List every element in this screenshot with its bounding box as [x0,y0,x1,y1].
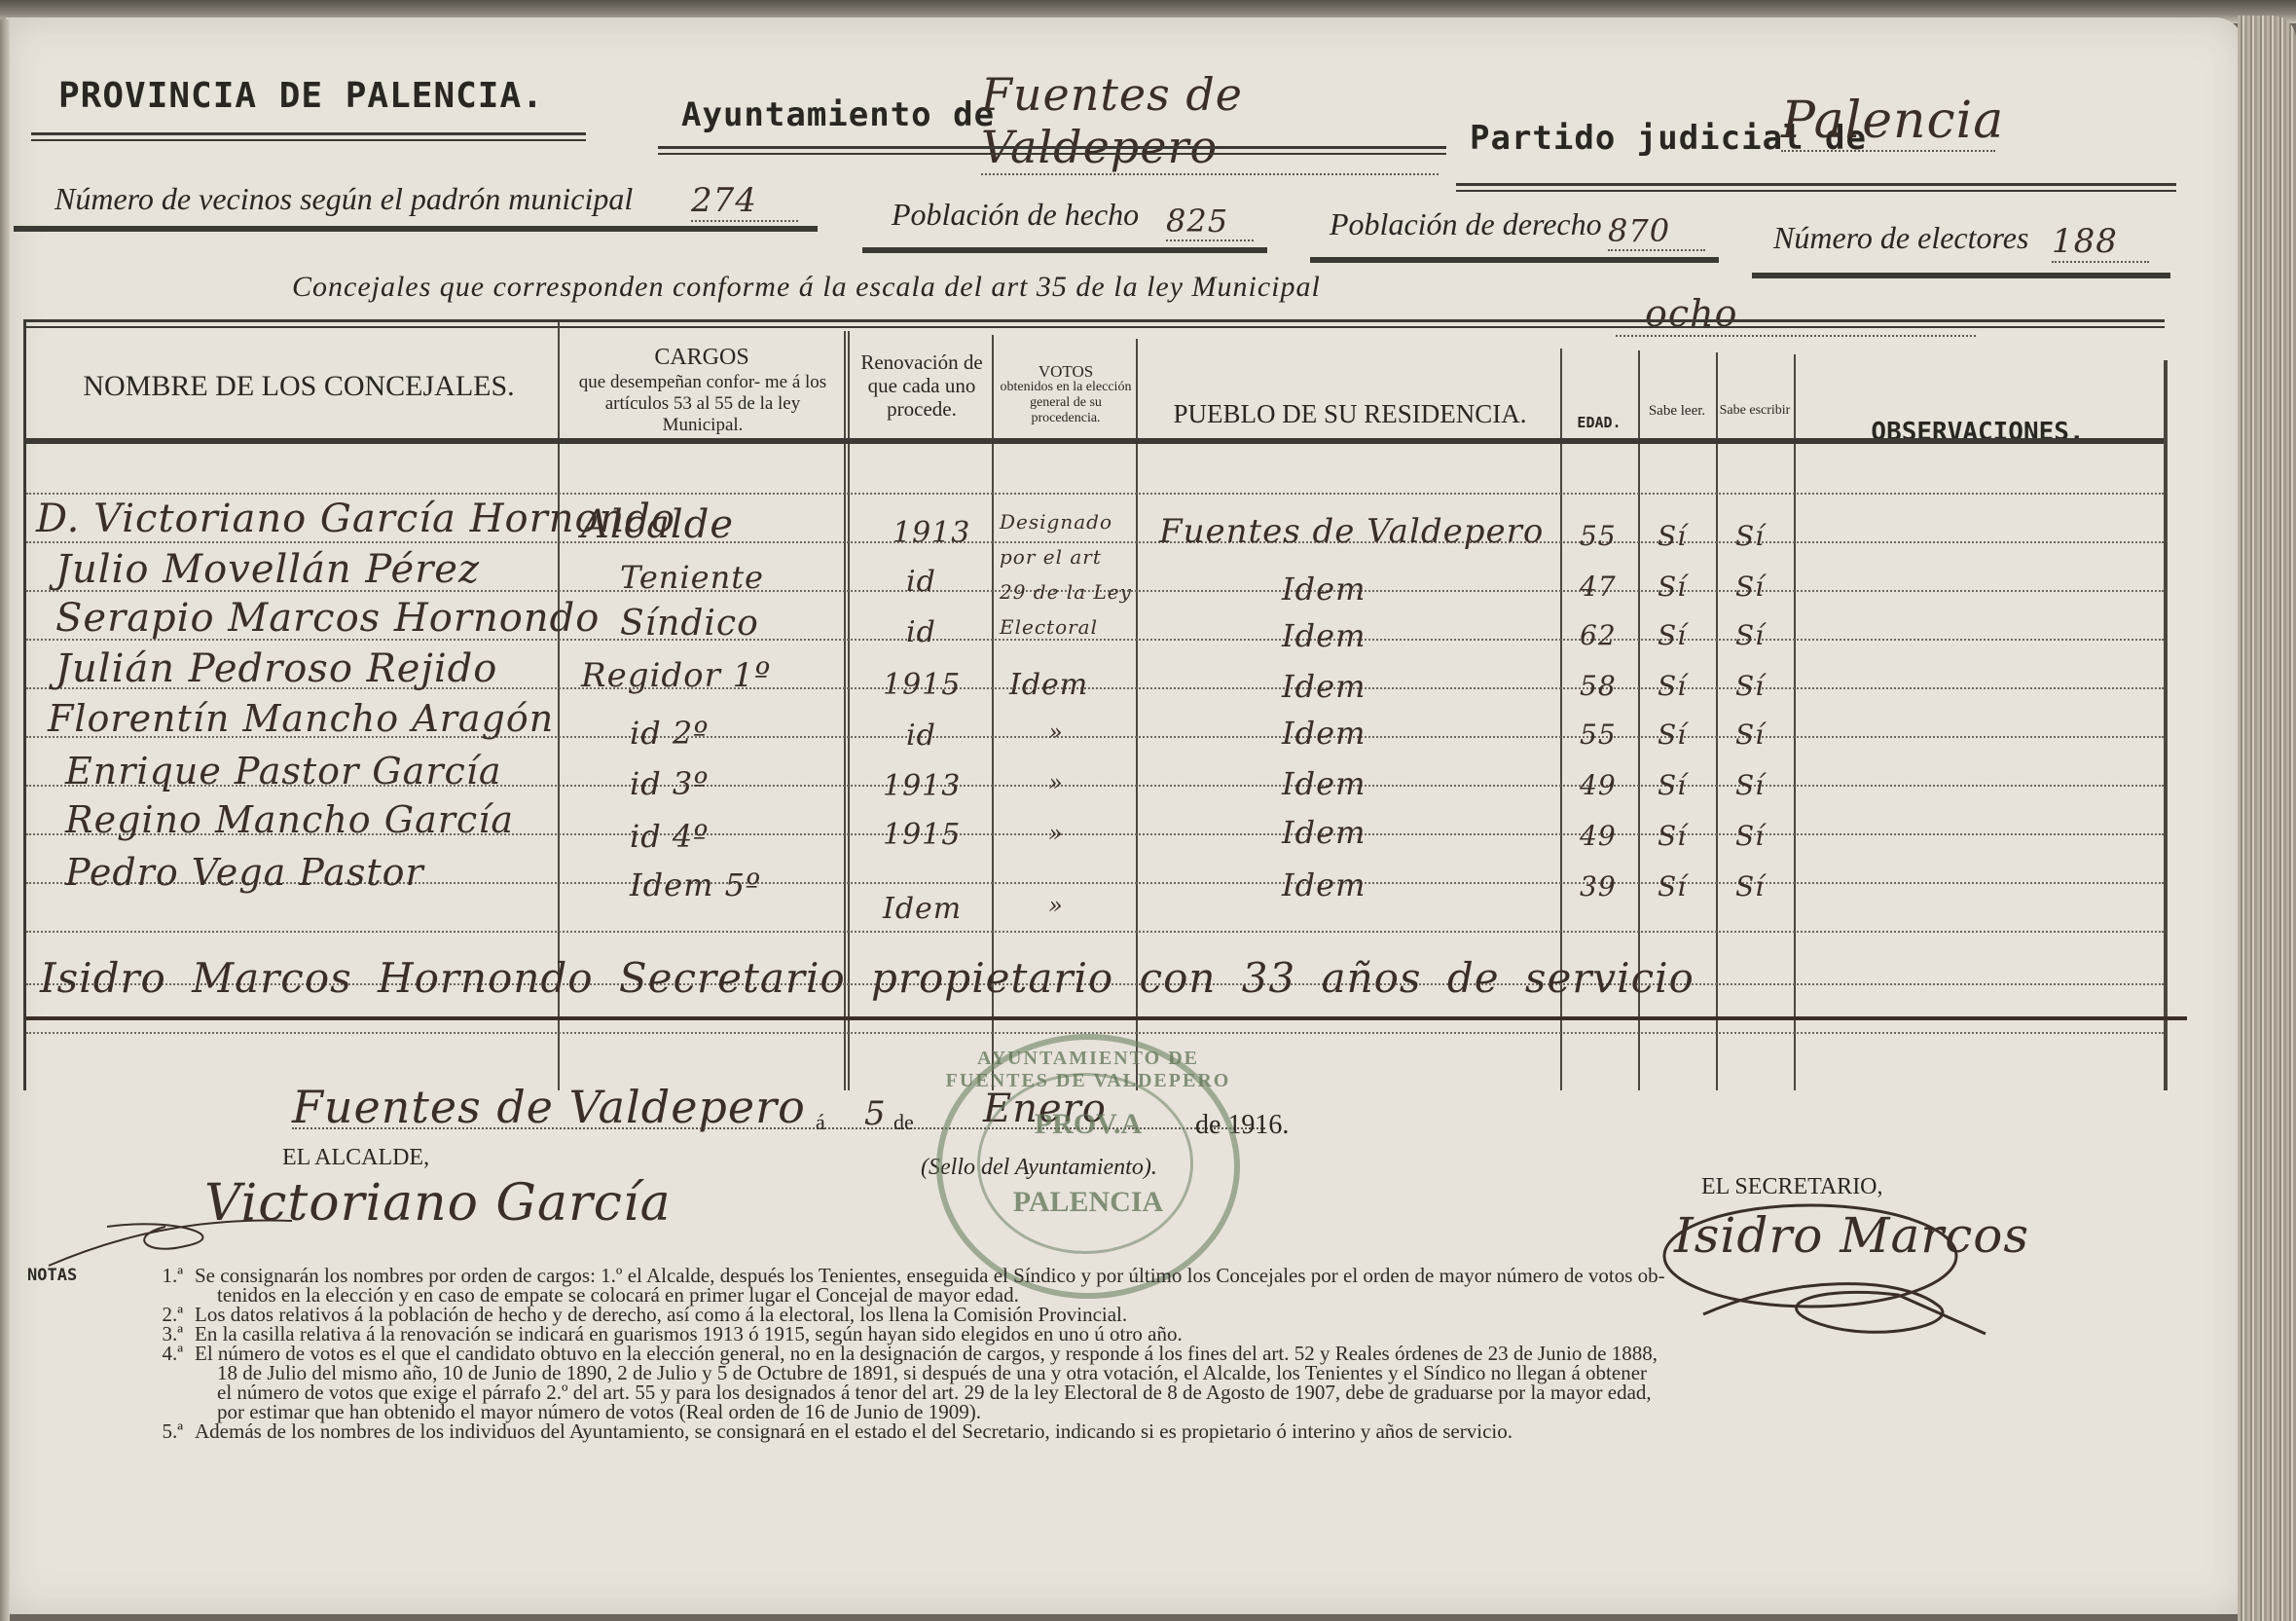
cell-cargo: id 2º [630,715,709,752]
note-item: 4.ª El número de votos es el que el cand… [27,1344,2178,1363]
cell-cargo: Teniente [620,559,764,596]
cell-pueblo: Fuentes de Valdepero [1159,512,1544,551]
divider [1310,257,1719,263]
derecho-value: 870 [1608,212,1705,251]
cell-edad: 62 [1580,619,1617,651]
cell-escribir: Sí [1735,820,1765,852]
note-number: 1.ª [95,1266,195,1285]
cell-nombre: Pedro Vega Pastor [65,851,424,894]
secretary-row: Isidro Marcos Hornondo Secretario propie… [40,954,1695,1002]
cell-escribir: Sí [1735,769,1765,801]
note-number: 3.ª [27,1324,195,1344]
province-title: PROVINCIA DE PALENCIA. [58,76,544,116]
header-cargos-sub: que desempeñan confor- me á los artículo… [564,372,842,436]
closing-day: 5 [864,1094,887,1133]
divider [862,247,1267,253]
note-item: 2.ª Los datos relativos á la población d… [27,1305,2178,1324]
cell-leer: Sí [1658,670,1687,702]
header-votos-title: VOTOS [998,362,1134,382]
divider [14,226,818,232]
hecho-value: 825 [1166,203,1254,241]
cell-renovacion: id [906,615,936,649]
cell-renovacion: id [906,718,936,753]
note-text: Se consignarán los nombres por orden de … [195,1266,1665,1285]
cell-votos: Designado por el art 29 de la Ley Electo… [1000,504,1132,645]
divider [658,146,1446,155]
cell-leer: Sí [1658,571,1687,603]
cell-nombre: Julio Movellán Pérez [55,547,480,592]
cell-votos: » [1048,820,1064,847]
row-line [26,931,2164,933]
note-text: En la casilla relativa á la renovación s… [195,1324,1183,1344]
electores-value: 188 [2052,222,2149,263]
note-number: 2.ª [27,1305,195,1324]
cell-cargo: Idem 5º [630,866,761,903]
row-line [26,493,2164,495]
cell-pueblo: Idem [1282,617,1366,654]
cell-pueblo: Idem [1282,814,1366,851]
cell-pueblo: Idem [1282,866,1366,903]
closing-de: de [893,1110,914,1135]
cell-leer: Sí [1658,718,1687,751]
cell-nombre: Regino Mancho García [65,798,514,841]
cell-votos: » [1048,718,1064,746]
cell-escribir: Sí [1735,670,1765,702]
alcalde-label: EL ALCALDE, [282,1145,429,1171]
book-left-edge [0,19,10,1621]
note-continuation: el número de votos que exige el párrafo … [27,1382,2178,1402]
cell-escribir: Sí [1735,870,1765,903]
cell-escribir: Sí [1735,619,1765,651]
cell-votos: » [1048,892,1064,919]
notes-label: NOTAS [27,1266,95,1285]
vecinos-label: Número de vecinos según el padrón munici… [55,181,633,217]
secretario-label: EL SECRETARIO, [1701,1174,1883,1200]
col-divider [1716,352,1718,1090]
note-text: Los datos relativos á la población de he… [195,1305,1127,1324]
cell-renovacion: id [906,565,936,599]
book-page-stack [2238,16,2296,1621]
header-escribir: Sabe escribir [1718,403,1792,419]
cell-cargo: id 3º [630,765,709,802]
cell-pueblo: Idem [1282,715,1366,752]
cell-edad: 55 [1580,718,1617,751]
cell-renovacion: 1913 [883,769,961,803]
notes-section: NOTAS 1.ª Se consignarán los nombres por… [27,1266,2178,1441]
divider [1456,183,2176,192]
partido-value: Palencia [1781,92,1995,152]
cell-leer: Sí [1658,870,1687,903]
cell-leer: Sí [1658,820,1687,852]
header-nombre: NOMBRE DE LOS CONCEJALES. [46,370,552,404]
ayuntamiento-label: Ayuntamiento de [681,95,995,134]
header-divider [26,438,2164,444]
col-divider [1794,354,1796,1090]
cell-leer: Sí [1658,520,1687,552]
cell-nombre: Florentín Mancho Aragón [48,697,554,740]
header-edad: EDAD. [1562,415,1636,431]
note-continuation: 18 de Julio del mismo año, 10 de Junio d… [27,1363,2178,1382]
cell-escribir: Sí [1735,571,1765,603]
cell-leer: Sí [1658,619,1687,651]
header-votos-sub: obtenidos en la elección general de su p… [998,380,1134,426]
note-item: 3.ª En la casilla relativa á la renovaci… [27,1324,2178,1344]
ayuntamiento-value: Fuentes de Valdepero [981,68,1439,175]
ayuntamiento-stamp: AYUNTAMIENTO DE FUENTES DE VALDEPERO PRO… [936,1034,1240,1299]
cell-edad: 39 [1580,870,1617,903]
cell-nombre: Julián Pedroso Rejido [55,646,497,691]
cell-votos: » [1048,769,1064,796]
cell-edad: 47 [1580,571,1617,603]
hecho-label: Población de hecho [892,197,1139,233]
cell-nombre: Enrique Pastor García [65,750,502,792]
cell-cargo: id 4º [630,818,709,855]
header-leer: Sabe leer. [1640,403,1714,420]
cell-edad: 58 [1580,670,1617,702]
cell-votos: Idem [1009,668,1088,702]
cell-edad: 55 [1580,520,1617,552]
closing-a: á [816,1110,825,1135]
concejales-table: NOMBRE DE LOS CONCEJALES. CARGOS que des… [23,321,2168,1090]
note-text: El número de votos es el que el candidat… [195,1344,1658,1363]
cell-renovacion: 1915 [883,668,961,702]
stamp-ring-text: AYUNTAMIENTO DE FUENTES DE VALDEPERO [942,1048,1234,1092]
note-continuation: por estimar que han obtenido el mayor nú… [27,1402,2178,1421]
header-pueblo: PUEBLO DE SU RESIDENCIA. [1146,399,1554,429]
vecinos-value: 274 [691,181,798,222]
cell-cargo: Regidor 1º [581,656,771,695]
cell-edad: 49 [1580,769,1617,801]
cell-leer: Sí [1658,769,1687,801]
cell-renovacion: 1915 [883,818,961,852]
closing-place: Fuentes de Valdepero [292,1081,806,1133]
stamp-center-top: PROV.A [942,1108,1234,1141]
header-renovacion: Renovación de que cada uno procede. [854,350,990,421]
note-number: 5.ª [27,1421,195,1441]
note-continuation: tenidos en la elección y en caso de empa… [27,1285,2178,1305]
cell-pueblo: Idem [1282,668,1366,705]
cell-cargo: Alcalde [581,502,734,547]
divider [1752,273,2170,278]
note-item: 5.ª Además de los nombres de los individ… [27,1421,2178,1441]
electores-label: Número de electores [1773,220,2028,256]
table-right-border [2164,360,2168,1090]
note-number: 4.ª [27,1344,195,1363]
cell-pueblo: Idem [1282,571,1366,608]
cell-cargo: Síndico [620,604,759,644]
derecho-label: Población de derecho [1330,206,1602,242]
secretary-divider [26,1016,2187,1020]
note-text: Además de los nombres de los individuos … [195,1421,1512,1441]
stamp-center-bottom: PALENCIA [942,1186,1234,1219]
cell-nombre: D. Victoriano García Hornondo [36,497,675,541]
cell-renovacion: 1913 [893,516,970,550]
cell-nombre: Serapio Marcos Hornondo [55,596,600,641]
stamp-inner-ring [977,1073,1193,1254]
cell-escribir: Sí [1735,520,1765,552]
note-item: NOTAS 1.ª Se consignarán los nombres por… [27,1266,2178,1285]
cell-escribir: Sí [1735,718,1765,751]
header-cargos-title: CARGOS [562,345,842,372]
cell-edad: 49 [1580,820,1617,852]
cell-renovacion: Idem [883,892,962,926]
concejales-label: Concejales que corresponden conforme á l… [292,271,1321,304]
divider [31,132,586,141]
cell-pueblo: Idem [1282,765,1366,802]
